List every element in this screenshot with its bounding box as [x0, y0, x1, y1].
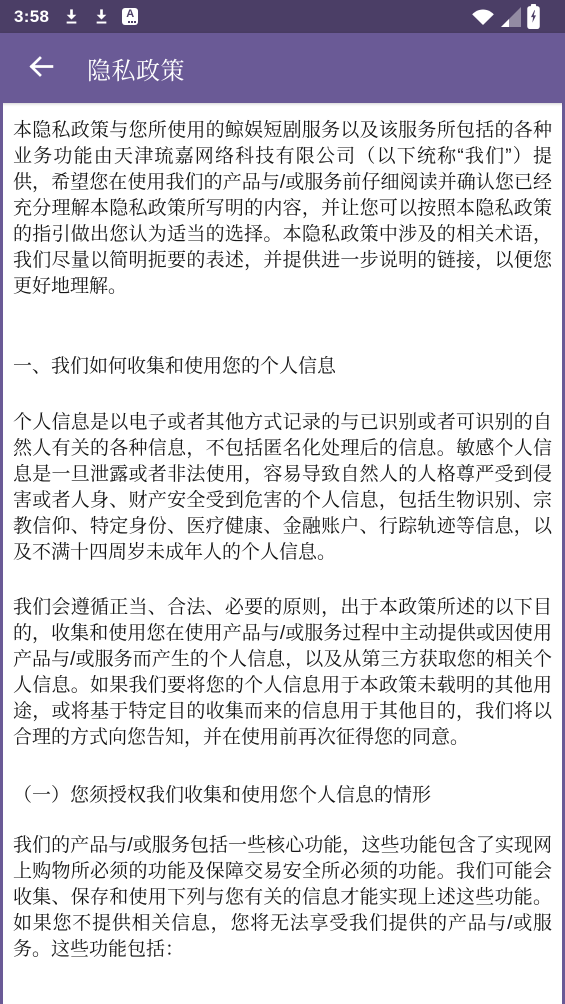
app-bar: 隐私政策 [0, 33, 565, 103]
wifi-icon [471, 8, 495, 26]
left-edge-strip [0, 103, 3, 253]
clock: 3:58 [14, 0, 49, 33]
policy-paragraph: 个人信息是以电子或者其他方式记录的与已识别或者可识别的自然人有关的各种信息，不包… [13, 410, 552, 566]
privacy-policy-screen: 3:58 A [0, 0, 565, 1004]
cellular-signal-icon [501, 7, 521, 27]
download-icon [62, 7, 81, 26]
ime-dots [134, 21, 136, 23]
ime-letter: A [126, 8, 134, 21]
section-heading: 一、我们如何收集和使用您的个人信息 [13, 354, 552, 380]
battery-charging-icon [527, 4, 540, 29]
download-icon [92, 7, 111, 26]
arrow-left-icon [27, 53, 54, 83]
privacy-policy-content[interactable]: 本隐私政策与您所使用的鲸娱短剧服务以及该服务所包括的各种业务功能由天津琉嘉网络科… [3, 103, 562, 1004]
policy-paragraph: 我们会遵循正当、合法、必要的原则，出于本政策所述的以下目的，收集和使用您在使用产… [13, 595, 552, 751]
policy-paragraph: 我们的产品与/或服务包括一些核心功能，这些功能包含了实现网上购物所必须的功能及保… [13, 833, 552, 963]
status-bar: 3:58 A [0, 0, 565, 33]
ime-a-icon: A [122, 8, 138, 25]
policy-paragraph: 本隐私政策与您所使用的鲸娱短剧服务以及该服务所包括的各种业务功能由天津琉嘉网络科… [13, 118, 552, 300]
back-button[interactable] [23, 51, 57, 85]
page-title: 隐私政策 [87, 51, 185, 86]
subsection-heading: （一）您须授权我们收集和使用您个人信息的情形 [13, 783, 552, 809]
